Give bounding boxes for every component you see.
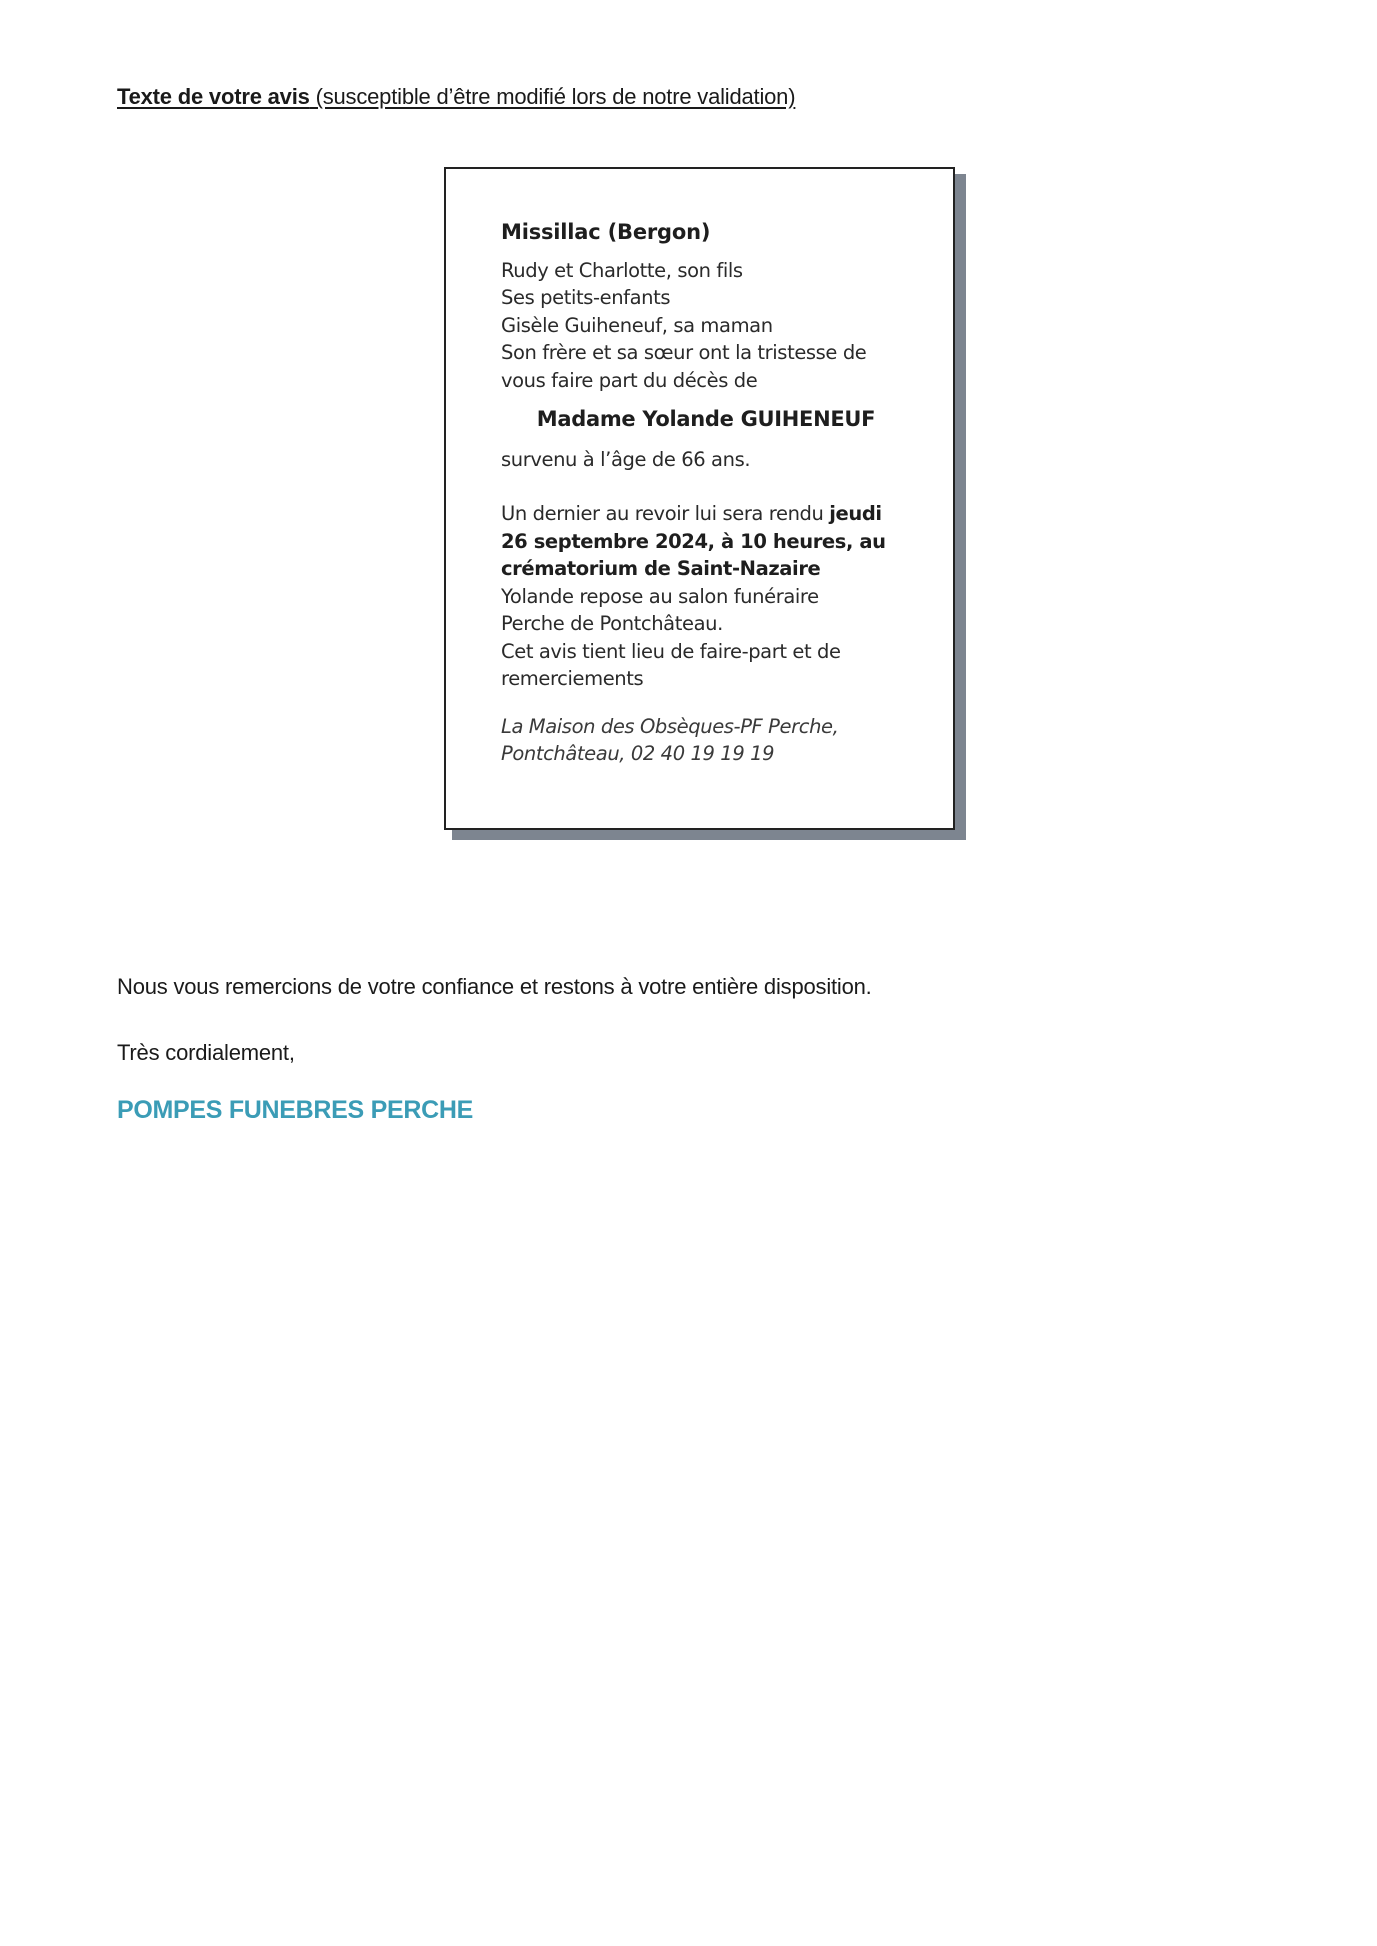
ceremony-intro: Un dernier au revoir lui sera rendu	[501, 502, 829, 525]
signature-line: Pontchâteau, 02 40 19 19 19	[501, 740, 931, 768]
thanks-paragraph: Nous vous remercions de votre confiance …	[117, 974, 872, 1000]
family-line: Rudy et Charlotte, son fils	[501, 257, 931, 285]
ceremony-line: Un dernier au revoir lui sera rendu jeud…	[501, 500, 931, 528]
heading-note: (susceptible d’être modifié lors de notr…	[310, 84, 796, 109]
age-line: survenu à l’âge de 66 ans.	[501, 446, 931, 474]
family-line: vous faire part du décès de	[501, 367, 931, 395]
ceremony-day: jeudi	[829, 502, 881, 525]
obituary-notice-box: Missillac (Bergon) Rudy et Charlotte, so…	[444, 167, 955, 830]
heading-bold: Texte de votre avis	[117, 84, 310, 109]
repose-line: Perche de Pontchâteau.	[501, 610, 931, 638]
repose-line: Yolande repose au salon funéraire	[501, 583, 931, 611]
avis-line: remerciements	[501, 665, 931, 693]
family-line: Ses petits-enfants	[501, 284, 931, 312]
ceremony-date: 26 septembre 2024, à 10 heures, au	[501, 528, 931, 556]
regards-paragraph: Très cordialement,	[117, 1040, 295, 1066]
avis-line: Cet avis tient lieu de faire-part et de	[501, 638, 931, 666]
notice-signature: La Maison des Obsèques-PF Perche, Pontch…	[501, 713, 931, 768]
deceased-name: Madame Yolande GUIHENEUF	[501, 406, 931, 434]
company-name: POMPES FUNEBRES PERCHE	[117, 1096, 473, 1125]
notice-place: Missillac (Bergon)	[501, 219, 931, 247]
spacer	[501, 473, 931, 500]
family-line: Son frère et sa sœur ont la tristesse de	[501, 339, 931, 367]
family-line: Gisèle Guiheneuf, sa maman	[501, 312, 931, 340]
signature-line: La Maison des Obsèques-PF Perche,	[501, 713, 931, 741]
notice-content: Missillac (Bergon) Rudy et Charlotte, so…	[501, 219, 931, 768]
ceremony-location: crématorium de Saint-Nazaire	[501, 555, 931, 583]
notice-text-heading: Texte de votre avis (susceptible d’être …	[117, 84, 795, 110]
